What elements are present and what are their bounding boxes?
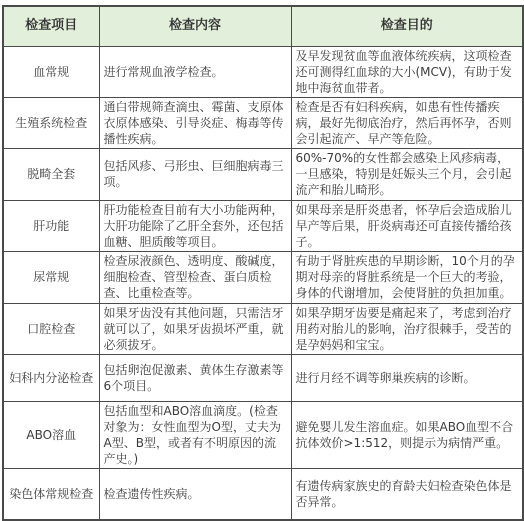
- row-content-text: 检查遗传性疾病。: [99, 468, 291, 520]
- row-content-text: 包括风疹、弓形虫、巨细胞病毒三项。: [99, 148, 291, 200]
- row-content-text: 如果牙齿没有其他问题，只需洁牙就可以了，如果牙齿损坏严重，就必须拔牙。: [99, 303, 291, 354]
- pre-pregnancy-checkup-page: 检查项目 检查内容 检查目的 血常规 进行常规血液学检查。 及早发现贫血等血液体…: [0, 0, 524, 500]
- row-content-text: 通白带规筛查滴虫、霉菌、支原体衣原体感染、引导炎症、梅毒等传播性疾病。: [99, 97, 291, 148]
- table-row: 脱畸全套 包括风疹、弓形虫、巨细胞病毒三项。 60%-70%的女性都会感染上风疹…: [3, 148, 523, 200]
- header-cell-item: 检查项目: [3, 6, 99, 46]
- table-row: 生殖系统检查 通白带规筛查滴虫、霉菌、支原体衣原体感染、引导炎症、梅毒等传播性疾…: [3, 97, 523, 148]
- row-purpose-text: 进行月经不调等卵巢疾病的诊断。: [291, 354, 523, 401]
- row-purpose-text: 如果孕期牙齿要是痛起来了，考虑到治疗用药对胎儿的影响，治疗很棘手，受苦的是孕妈妈…: [291, 303, 523, 354]
- row-content-text: 包括卵泡促激素、黄体生存激素等6个项目。: [99, 354, 291, 401]
- row-purpose-text: 有遗传病家族史的育龄夫妇检查染色体是否异常。: [291, 468, 523, 520]
- table-row: 肝功能 肝功能检查目前有大小功能两种，大肝功能除了乙肝全套外，还包括血糖、胆质酸…: [3, 200, 523, 251]
- row-item-label: 肝功能: [3, 200, 99, 251]
- table-row: 尿常规 检查尿液颜色、透明度、酸碱度，细胞检查、管型检查、蛋白质检查、比重检查等…: [3, 251, 523, 303]
- table-row: 染色体常规检查 检查遗传性疾病。 有遗传病家族史的育龄夫妇检查染色体是否异常。: [3, 468, 523, 520]
- row-content-text: 检查尿液颜色、透明度、酸碱度，细胞检查、管型检查、蛋白质检查、比重检查等。: [99, 251, 291, 303]
- row-item-label: 脱畸全套: [3, 148, 99, 200]
- row-item-label: 生殖系统检查: [3, 97, 99, 148]
- header-row: 检查项目 检查内容 检查目的: [3, 6, 523, 46]
- row-purpose-text: 如果母亲是肝炎患者，怀孕后会造成胎儿早产等后果，肝炎病毒还可直接传播给孩子。: [291, 200, 523, 251]
- row-purpose-text: 有助于肾脏疾患的早期诊断，10个月的孕期对母亲的肾脏系统是一个巨大的考验，身体的…: [291, 251, 523, 303]
- header-cell-purpose: 检查目的: [291, 6, 523, 46]
- row-item-label: 妇科内分泌检查: [3, 354, 99, 401]
- row-purpose-text: 检查是否有妇科疾病，如患有性传播疾病，最好先彻底治疗，然后再怀孕，否则会引起流产…: [291, 97, 523, 148]
- row-purpose-text: 60%-70%的女性都会感染上风疹病毒，一旦感染，特别是妊娠头三个月，会引起流产…: [291, 148, 523, 200]
- row-content-text: 进行常规血液学检查。: [99, 46, 291, 97]
- row-purpose-text: 及早发现贫血等血液体统疾病，这项检查还可测得红血球的大小(MCV)，有助于发地中…: [291, 46, 523, 97]
- row-item-label: ABO溶血: [3, 401, 99, 468]
- row-item-label: 口腔检查: [3, 303, 99, 354]
- row-content-text: 肝功能检查目前有大小功能两种，大肝功能除了乙肝全套外，还包括血糖、胆质酸等项目。: [99, 200, 291, 251]
- row-content-text: 包括血型和ABO溶血滴度。(检查对象为：女性血型为O型，丈夫为A型、B型，或者有…: [99, 401, 291, 468]
- table-row: 妇科内分泌检查 包括卵泡促激素、黄体生存激素等6个项目。 进行月经不调等卵巢疾病…: [3, 354, 523, 401]
- table-row: 口腔检查 如果牙齿没有其他问题，只需洁牙就可以了，如果牙齿损坏严重，就必须拔牙。…: [3, 303, 523, 354]
- checkup-table: 检查项目 检查内容 检查目的 血常规 进行常规血液学检查。 及早发现贫血等血液体…: [2, 5, 524, 521]
- row-item-label: 染色体常规检查: [3, 468, 99, 520]
- row-purpose-text: 避免婴儿发生溶血症。如果ABO血型不合抗体效价>1:512，则提示为病情严重。: [291, 401, 523, 468]
- header-cell-content: 检查内容: [99, 6, 291, 46]
- table-row: ABO溶血 包括血型和ABO溶血滴度。(检查对象为：女性血型为O型，丈夫为A型、…: [3, 401, 523, 468]
- row-item-label: 血常规: [3, 46, 99, 97]
- row-item-label: 尿常规: [3, 251, 99, 303]
- checkup-table-header: 检查项目 检查内容 检查目的: [3, 6, 523, 46]
- table-row: 血常规 进行常规血液学检查。 及早发现贫血等血液体统疾病，这项检查还可测得红血球…: [3, 46, 523, 97]
- checkup-table-body: 血常规 进行常规血液学检查。 及早发现贫血等血液体统疾病，这项检查还可测得红血球…: [3, 46, 523, 520]
